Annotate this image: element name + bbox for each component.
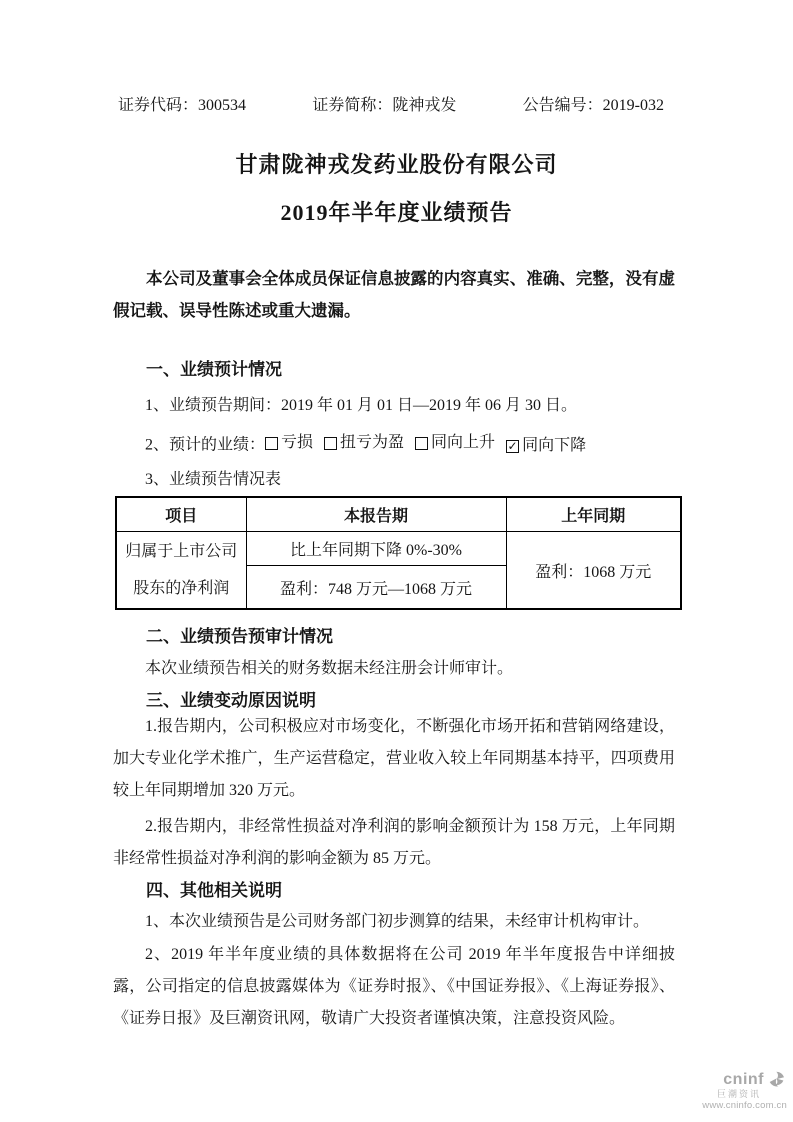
- section1-heading: 一、业绩预计情况: [146, 355, 282, 380]
- cninfo-chinese-name: 巨潮资讯: [677, 1090, 761, 1100]
- cninfo-brand-row: cninf: [677, 1070, 787, 1089]
- cell-change-percent: 比上年同期下降 0%-30%: [246, 532, 506, 566]
- checkbox-icon: ✓: [415, 437, 428, 450]
- section4-heading: 四、其他相关说明: [146, 876, 282, 901]
- announcement-number: 公告编号：2019-032: [523, 92, 664, 115]
- forecast-type-line: 2、预计的业绩：✓亏损✓扭亏为盈✓同向上升✓同向下降: [113, 427, 675, 462]
- check-icon: ✓: [508, 440, 518, 452]
- cninfo-watermark: cninf 巨潮资讯 www.cninfo.com.cn: [677, 1070, 787, 1111]
- checkbox-label: 扭亏为盈: [340, 427, 404, 459]
- table-row: 归属于上市公司 股东的净利润 比上年同期下降 0%-30% 盈利：1068 万元: [116, 532, 681, 566]
- stock-code: 证券代码：300534: [118, 92, 246, 115]
- cninfo-url: www.cninfo.com.cn: [677, 1101, 787, 1111]
- audit-statement: 本次业绩预告相关的财务数据未经注册会计师审计。: [113, 653, 675, 685]
- announcement-document-page: 证券代码：300534 证券简称：陇神戎发 公告编号：2019-032 甘肃陇神…: [0, 0, 793, 1122]
- forecast-period-line: 1、业绩预告期间：2019 年 01 月 01 日—2019 年 06 月 30…: [113, 390, 675, 422]
- stock-short-name: 证券简称：陇神戎发: [312, 92, 456, 115]
- board-declaration: 本公司及董事会全体成员保证信息披露的内容真实、准确、完整，没有虚假记载、误导性陈…: [113, 263, 675, 327]
- forecast-table: 项目 本报告期 上年同期 归属于上市公司 股东的净利润 比上年同期下降 0%-3…: [115, 496, 682, 610]
- cell-net-profit-label: 归属于上市公司 股东的净利润: [116, 532, 246, 610]
- checkbox-icon: ✓: [324, 437, 337, 450]
- cninfo-swirl-icon: [766, 1070, 787, 1089]
- company-name-title: 甘肃陇神戎发药业股份有限公司: [0, 148, 793, 179]
- section3-heading: 三、业绩变动原因说明: [146, 686, 316, 711]
- checkbox-option-loss: ✓亏损: [265, 427, 313, 459]
- checkbox-icon: ✓: [506, 440, 519, 453]
- section2-heading: 二、业绩预告预审计情况: [146, 622, 333, 647]
- forecast-table-caption: 3、业绩预告情况表: [113, 464, 675, 496]
- header-current-period: 本报告期: [246, 497, 506, 532]
- cell-prior-profit: 盈利：1068 万元: [506, 532, 681, 610]
- other-note-1: 1、本次业绩预告是公司财务部门初步测算的结果，未经审计机构审计。: [113, 906, 675, 938]
- net-profit-label-line1: 归属于上市公司: [117, 533, 246, 570]
- reason-paragraph-2: 2.报告期内，非经常性损益对净利润的影响金额预计为 158 万元，上年同期非经常…: [113, 811, 675, 875]
- checkbox-option-down: ✓同向下降: [506, 430, 586, 462]
- checkbox-option-up: ✓同向上升: [415, 427, 495, 459]
- checkbox-label: 亏损: [281, 427, 313, 459]
- cninfo-brand-text: cninf: [723, 1071, 764, 1089]
- table-header-row: 项目 本报告期 上年同期: [116, 497, 681, 532]
- checkbox-label: 同向下降: [522, 430, 586, 462]
- header-item: 项目: [116, 497, 246, 532]
- checkbox-icon: ✓: [265, 437, 278, 450]
- document-title: 2019年半年度业绩预告: [0, 196, 793, 227]
- document-info-line: 证券代码：300534 证券简称：陇神戎发 公告编号：2019-032: [118, 92, 664, 115]
- reason-paragraph-1: 1.报告期内，公司积极应对市场变化，不断强化市场开拓和营销网络建设，加大专业化学…: [113, 711, 675, 807]
- header-prior-period: 上年同期: [506, 497, 681, 532]
- net-profit-label-line2: 股东的净利润: [117, 570, 246, 607]
- checkbox-option-turnaround: ✓扭亏为盈: [324, 427, 404, 459]
- checkbox-label: 同向上升: [431, 427, 495, 459]
- cell-profit-range: 盈利：748 万元—1068 万元: [246, 566, 506, 610]
- other-note-2: 2、2019 年半年度业绩的具体数据将在公司 2019 年半年度报告中详细披露，…: [113, 939, 675, 1035]
- forecast-type-label: 2、预计的业绩：: [145, 437, 265, 454]
